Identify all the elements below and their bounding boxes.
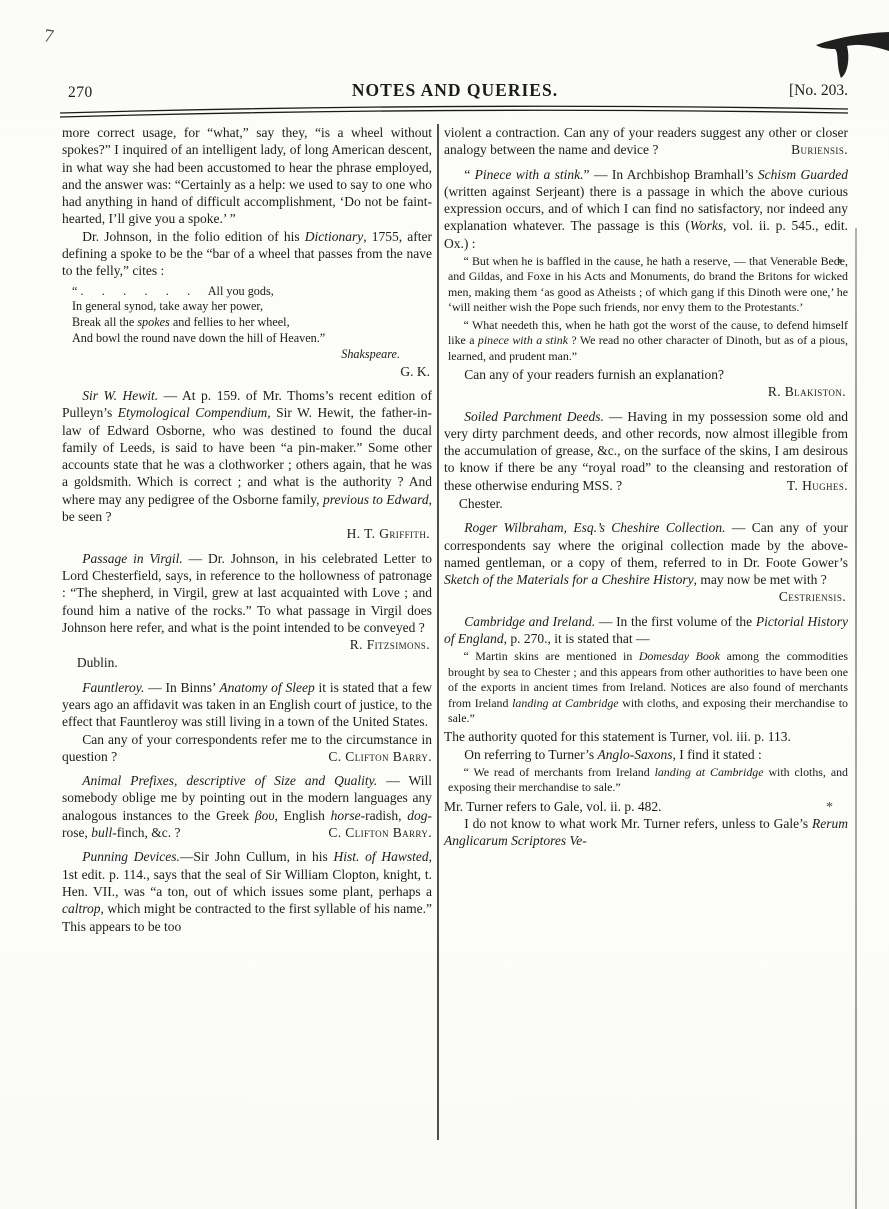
text-run: dog xyxy=(407,808,427,823)
text-run: C. Clifton Barry. xyxy=(308,824,432,841)
text-run: and fellies to her wheel, xyxy=(170,315,290,329)
text-run: more correct usage, for “what,” say they… xyxy=(62,125,432,226)
signature-blakiston: R. Blakiston. xyxy=(444,383,848,400)
text-run: Works xyxy=(690,218,723,233)
verse-line: In general synod, take away her power, xyxy=(72,299,432,315)
text-run: Dublin. xyxy=(77,655,118,670)
query-cambridge-and-ireland: Cambridge and Ireland. — In the first vo… xyxy=(444,613,848,648)
query-pinece-with-a-stink: “ Pinece with a stink.” — In Archbishop … xyxy=(444,166,848,252)
text-run: R. Fitzsimons. xyxy=(350,637,430,652)
quote-pictorial-history: “ Martin skins are mentioned in Domesday… xyxy=(448,649,848,726)
text-run: —Sir John Cullum, in his xyxy=(180,849,334,864)
text-run: Sir W. Hewit. xyxy=(82,388,158,403)
verse-line: “ . . . . . . All you gods, xyxy=(72,284,432,300)
verse-line: Break all the spokes and fellies to her … xyxy=(72,315,432,331)
text-run: H. T. Griffith. xyxy=(347,526,430,541)
text-run: , English xyxy=(275,808,331,823)
signature-griffith: H. T. Griffith. xyxy=(62,525,432,542)
text-run: violent a contraction. Can any of your r… xyxy=(444,125,848,157)
text-run: C. Clifton Barry. xyxy=(308,748,432,765)
paragraph-authority-turner: The authority quoted for this statement … xyxy=(444,728,848,745)
query-animal-prefixes: Animal Prefixes, descriptive of Size and… xyxy=(62,772,432,841)
text-run: caltrop xyxy=(62,901,101,916)
issue-number: [No. 203. xyxy=(789,82,848,100)
text-run: Domesday Book xyxy=(639,649,720,663)
text-run: bull xyxy=(91,825,112,840)
paragraph-gale-unknown: I do not know to what work Mr. Turner re… xyxy=(444,815,848,850)
paragraph-turner-gale: Mr. Turner refers to Gale, vol. ii. p. 4… xyxy=(444,798,848,815)
continued-text: more correct usage, for “what,” say they… xyxy=(62,124,432,228)
scanned-page: 7 270 NOTES AND QUERIES. [No. 203. more … xyxy=(0,0,889,1209)
text-run: “ But when he is baffled in the cause, h… xyxy=(448,254,848,314)
text-run: “ We read of merchants from Ireland xyxy=(463,765,654,779)
text-run: R. Blakiston. xyxy=(768,384,846,399)
text-run: , which might be contracted to the first… xyxy=(62,901,432,933)
location-dublin: Dublin. xyxy=(62,654,432,671)
signature-fitzsimons: R. Fitzsimons. xyxy=(62,636,432,653)
query-fauntleroy: Fauntleroy. — In Binns’ Anatomy of Sleep… xyxy=(62,679,432,731)
verse-quote: “ . . . . . . All you gods,In general sy… xyxy=(72,284,432,347)
text-run: Soiled Parchment Deeds. xyxy=(464,409,604,424)
text-run: Fauntleroy. xyxy=(82,680,144,695)
query-roger-wilbraham: Roger Wilbraham, Esq.’s Cheshire Collect… xyxy=(444,519,848,588)
text-run: “ xyxy=(464,167,474,182)
text-run: horse xyxy=(331,808,361,823)
text-run: Cestriensis. xyxy=(779,589,846,604)
journal-title: NOTES AND QUERIES. xyxy=(62,80,848,101)
text-run: -finch, &c. ? xyxy=(112,825,180,840)
quote-bramhall-2: “ What needeth this, when he hath got th… xyxy=(448,318,848,364)
text-run: I do not know to what work Mr. Turner re… xyxy=(464,816,812,831)
text-run: Buriensis. xyxy=(791,141,848,158)
handwritten-margin-mark: 7 xyxy=(42,25,55,48)
text-run: Can any of your readers furnish an expla… xyxy=(464,367,724,382)
text-run: βου xyxy=(255,808,275,823)
text-run: previous to Edward xyxy=(323,492,429,507)
quote-turner-anglo-saxons: “ We read of merchants from Ireland land… xyxy=(448,765,848,796)
ink-spot-artifact xyxy=(838,259,842,263)
ink-blot-artifact xyxy=(811,32,889,82)
scan-edge-artifact xyxy=(855,228,857,1209)
signature-cestriensis: Cestriensis. xyxy=(444,588,848,605)
text-run: T. Hughes. xyxy=(767,477,848,494)
text-run: The authority quoted for this statement … xyxy=(444,729,791,744)
text-run: Anglo-Saxons xyxy=(597,747,672,762)
text-run: G. K. xyxy=(400,364,430,379)
text-run: Hist. of Hawsted xyxy=(333,849,428,864)
quote-bramhall-1: “ But when he is baffled in the cause, h… xyxy=(448,254,848,316)
text-run: , may now be met with ? xyxy=(694,572,827,587)
text-run: Pinece with a stink. xyxy=(475,167,584,182)
text-run: Schism Guarded xyxy=(758,167,848,182)
paragraph-fauntleroy-question: Can any of your correspondents refer me … xyxy=(62,731,432,766)
text-run: Cambridge xyxy=(710,765,764,779)
verse-line: And bowl the round nave down the hill of… xyxy=(72,331,432,347)
signature-g-k: G. K. xyxy=(62,363,432,380)
text-run: Anatomy of Sleep xyxy=(219,680,314,695)
text-run: pinece with a stink xyxy=(478,333,568,347)
right-column: violent a contraction. Can any of your r… xyxy=(444,124,848,935)
text-run: , I find it stated : xyxy=(672,747,761,762)
text-run: On referring to Turner’s xyxy=(464,747,597,762)
text-run: “ Martin skins are mentioned in xyxy=(463,649,638,663)
query-punning-devices: Punning Devices.—Sir John Cullum, in his… xyxy=(62,848,432,934)
paragraph-dr-johnson: Dr. Johnson, in the folio edition of his… xyxy=(62,228,432,280)
paragraph-explanation-request: Can any of your readers furnish an expla… xyxy=(444,366,848,383)
text-run: Mr. Turner refers to Gale, vol. ii. p. 4… xyxy=(444,799,661,814)
text-run: Roger Wilbraham, Esq.’s Cheshire Collect… xyxy=(464,520,725,535)
query-sir-w-hewit: Sir W. Hewit. — At p. 159. of Mr. Thoms’… xyxy=(62,387,432,525)
text-run: Sketch of the Materials for a Cheshire H… xyxy=(444,572,694,587)
continued-text: violent a contraction. Can any of your r… xyxy=(444,124,848,159)
location-chester: Chester. xyxy=(444,495,848,512)
text-run: And bowl the round nave down the hill of… xyxy=(72,331,325,345)
text-run: In general synod, take away her power, xyxy=(72,299,263,313)
text-run: -radish, xyxy=(361,808,408,823)
text-run: ” — In Archbishop Bramhall’s xyxy=(584,167,758,182)
text-run: landing at Cambridge xyxy=(512,696,618,710)
text-run: landing at xyxy=(655,765,706,779)
text-run: Dr. Johnson, in the folio edition of his xyxy=(82,229,305,244)
query-passage-in-virgil: Passage in Virgil. — Dr. Johnson, in his… xyxy=(62,550,432,636)
text-run: — In the first volume of the xyxy=(595,614,756,629)
text-run: Break all the xyxy=(72,315,137,329)
text-run: spokes xyxy=(137,315,170,329)
text-run: Etymological Compendium xyxy=(118,405,267,420)
text-run: Punning Devices. xyxy=(82,849,180,864)
margin-asterisk-mark: * xyxy=(826,800,833,816)
header-double-rule xyxy=(58,101,850,119)
text-columns: more correct usage, for “what,” say they… xyxy=(62,124,848,935)
left-column: more correct usage, for “what,” say they… xyxy=(62,124,432,935)
text-run: Dictionary xyxy=(305,229,364,244)
text-run: Animal Prefixes, descriptive of Size and… xyxy=(82,773,377,788)
verse-attribution: Shakspeare. xyxy=(62,347,432,363)
text-run: Passage in Virgil. xyxy=(82,551,183,566)
text-run: Shakspeare. xyxy=(341,347,400,361)
text-run: , p. 270., it is stated that — xyxy=(504,631,650,646)
query-soiled-parchment-deeds: Soiled Parchment Deeds. — Having in my p… xyxy=(444,408,848,494)
text-run: “ . . . . . . All you gods, xyxy=(72,284,274,298)
text-run: Cambridge and Ireland. xyxy=(464,614,595,629)
text-run: — In Binns’ xyxy=(144,680,219,695)
text-run: Chester. xyxy=(459,496,503,511)
paragraph-on-referring: On referring to Turner’s Anglo-Saxons, I… xyxy=(444,746,848,763)
